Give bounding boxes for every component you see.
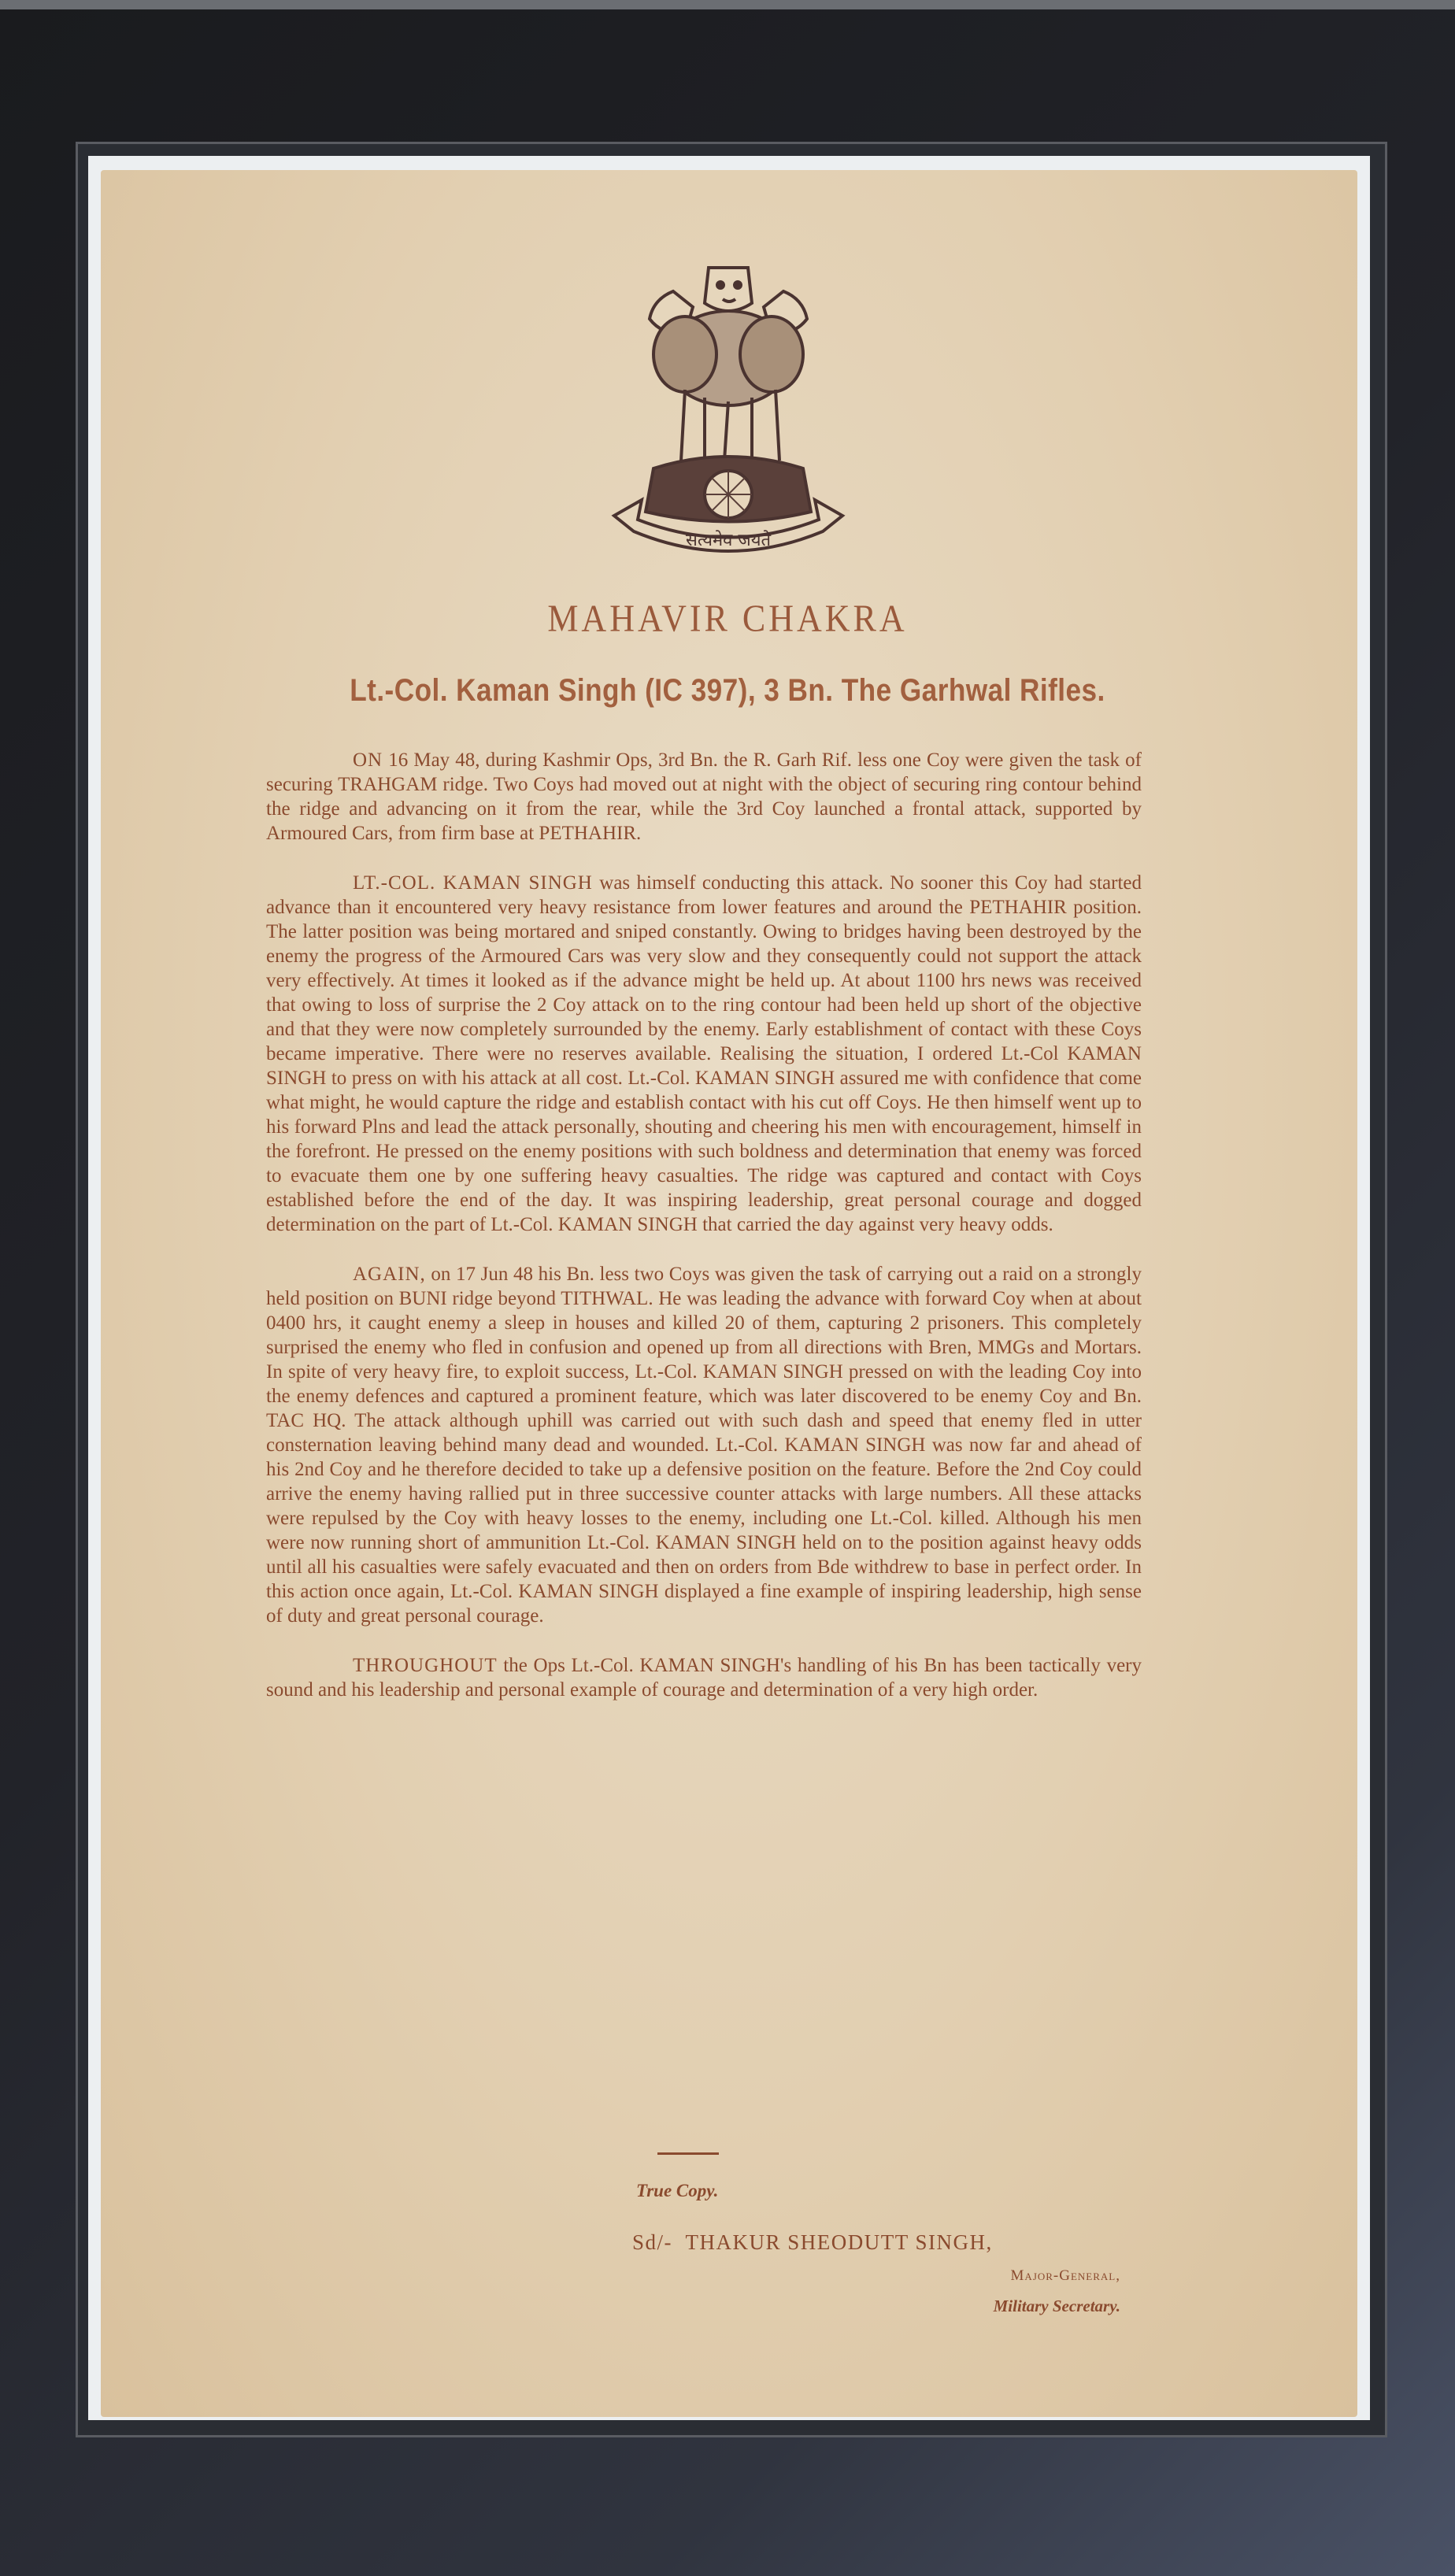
award-title: MAHAVIR CHAKRA xyxy=(0,596,1455,640)
paragraph-text: on 17 Jun 48 his Bn. less two Coys was g… xyxy=(266,1264,1142,1627)
citation-paragraph: AGAIN, on 17 Jun 48 his Bn. less two Coy… xyxy=(266,1262,1142,1628)
paragraph-lead: ON xyxy=(353,749,383,771)
svg-text:सत्यमेव जयते: सत्यमेव जयते xyxy=(686,530,771,550)
signatory-name: THAKUR SHEODUTT SINGH, xyxy=(686,2230,993,2254)
paragraph-lead: AGAIN, xyxy=(353,1264,426,1285)
citation-paragraph: THROUGHOUT the Ops Lt.-Col. KAMAN SINGH'… xyxy=(266,1653,1142,1702)
recipient-line: Lt.-Col. Kaman Singh (IC 397), 3 Bn. The… xyxy=(87,673,1368,709)
citation-body: ON 16 May 48, during Kashmir Ops, 3rd Bn… xyxy=(266,748,1142,1727)
paragraph-text: 16 May 48, during Kashmir Ops, 3rd Bn. t… xyxy=(266,749,1142,844)
citation-paragraph: LT.-COL. KAMAN SINGH was himself conduct… xyxy=(266,871,1142,1237)
paragraph-lead: THROUGHOUT xyxy=(353,1655,498,1676)
signature-line: Sd/- THAKUR SHEODUTT SINGH, xyxy=(632,2230,993,2255)
signatory-appointment: Military Secretary. xyxy=(779,2297,1120,2316)
frame-top-edge xyxy=(0,0,1455,9)
citation-paragraph: ON 16 May 48, during Kashmir Ops, 3rd Bn… xyxy=(266,748,1142,846)
lion-capital-emblem-icon: सत्यमेव जयते xyxy=(598,260,858,559)
attestation-label: True Copy. xyxy=(636,2181,718,2201)
signature-prefix: Sd/- xyxy=(632,2230,672,2254)
paragraph-text: was himself conducting this attack. No s… xyxy=(266,872,1142,1235)
divider-rule xyxy=(657,2152,719,2155)
paragraph-lead: LT.-COL. KAMAN SINGH xyxy=(353,872,593,894)
signatory-rank: Major-General, xyxy=(779,2267,1120,2285)
